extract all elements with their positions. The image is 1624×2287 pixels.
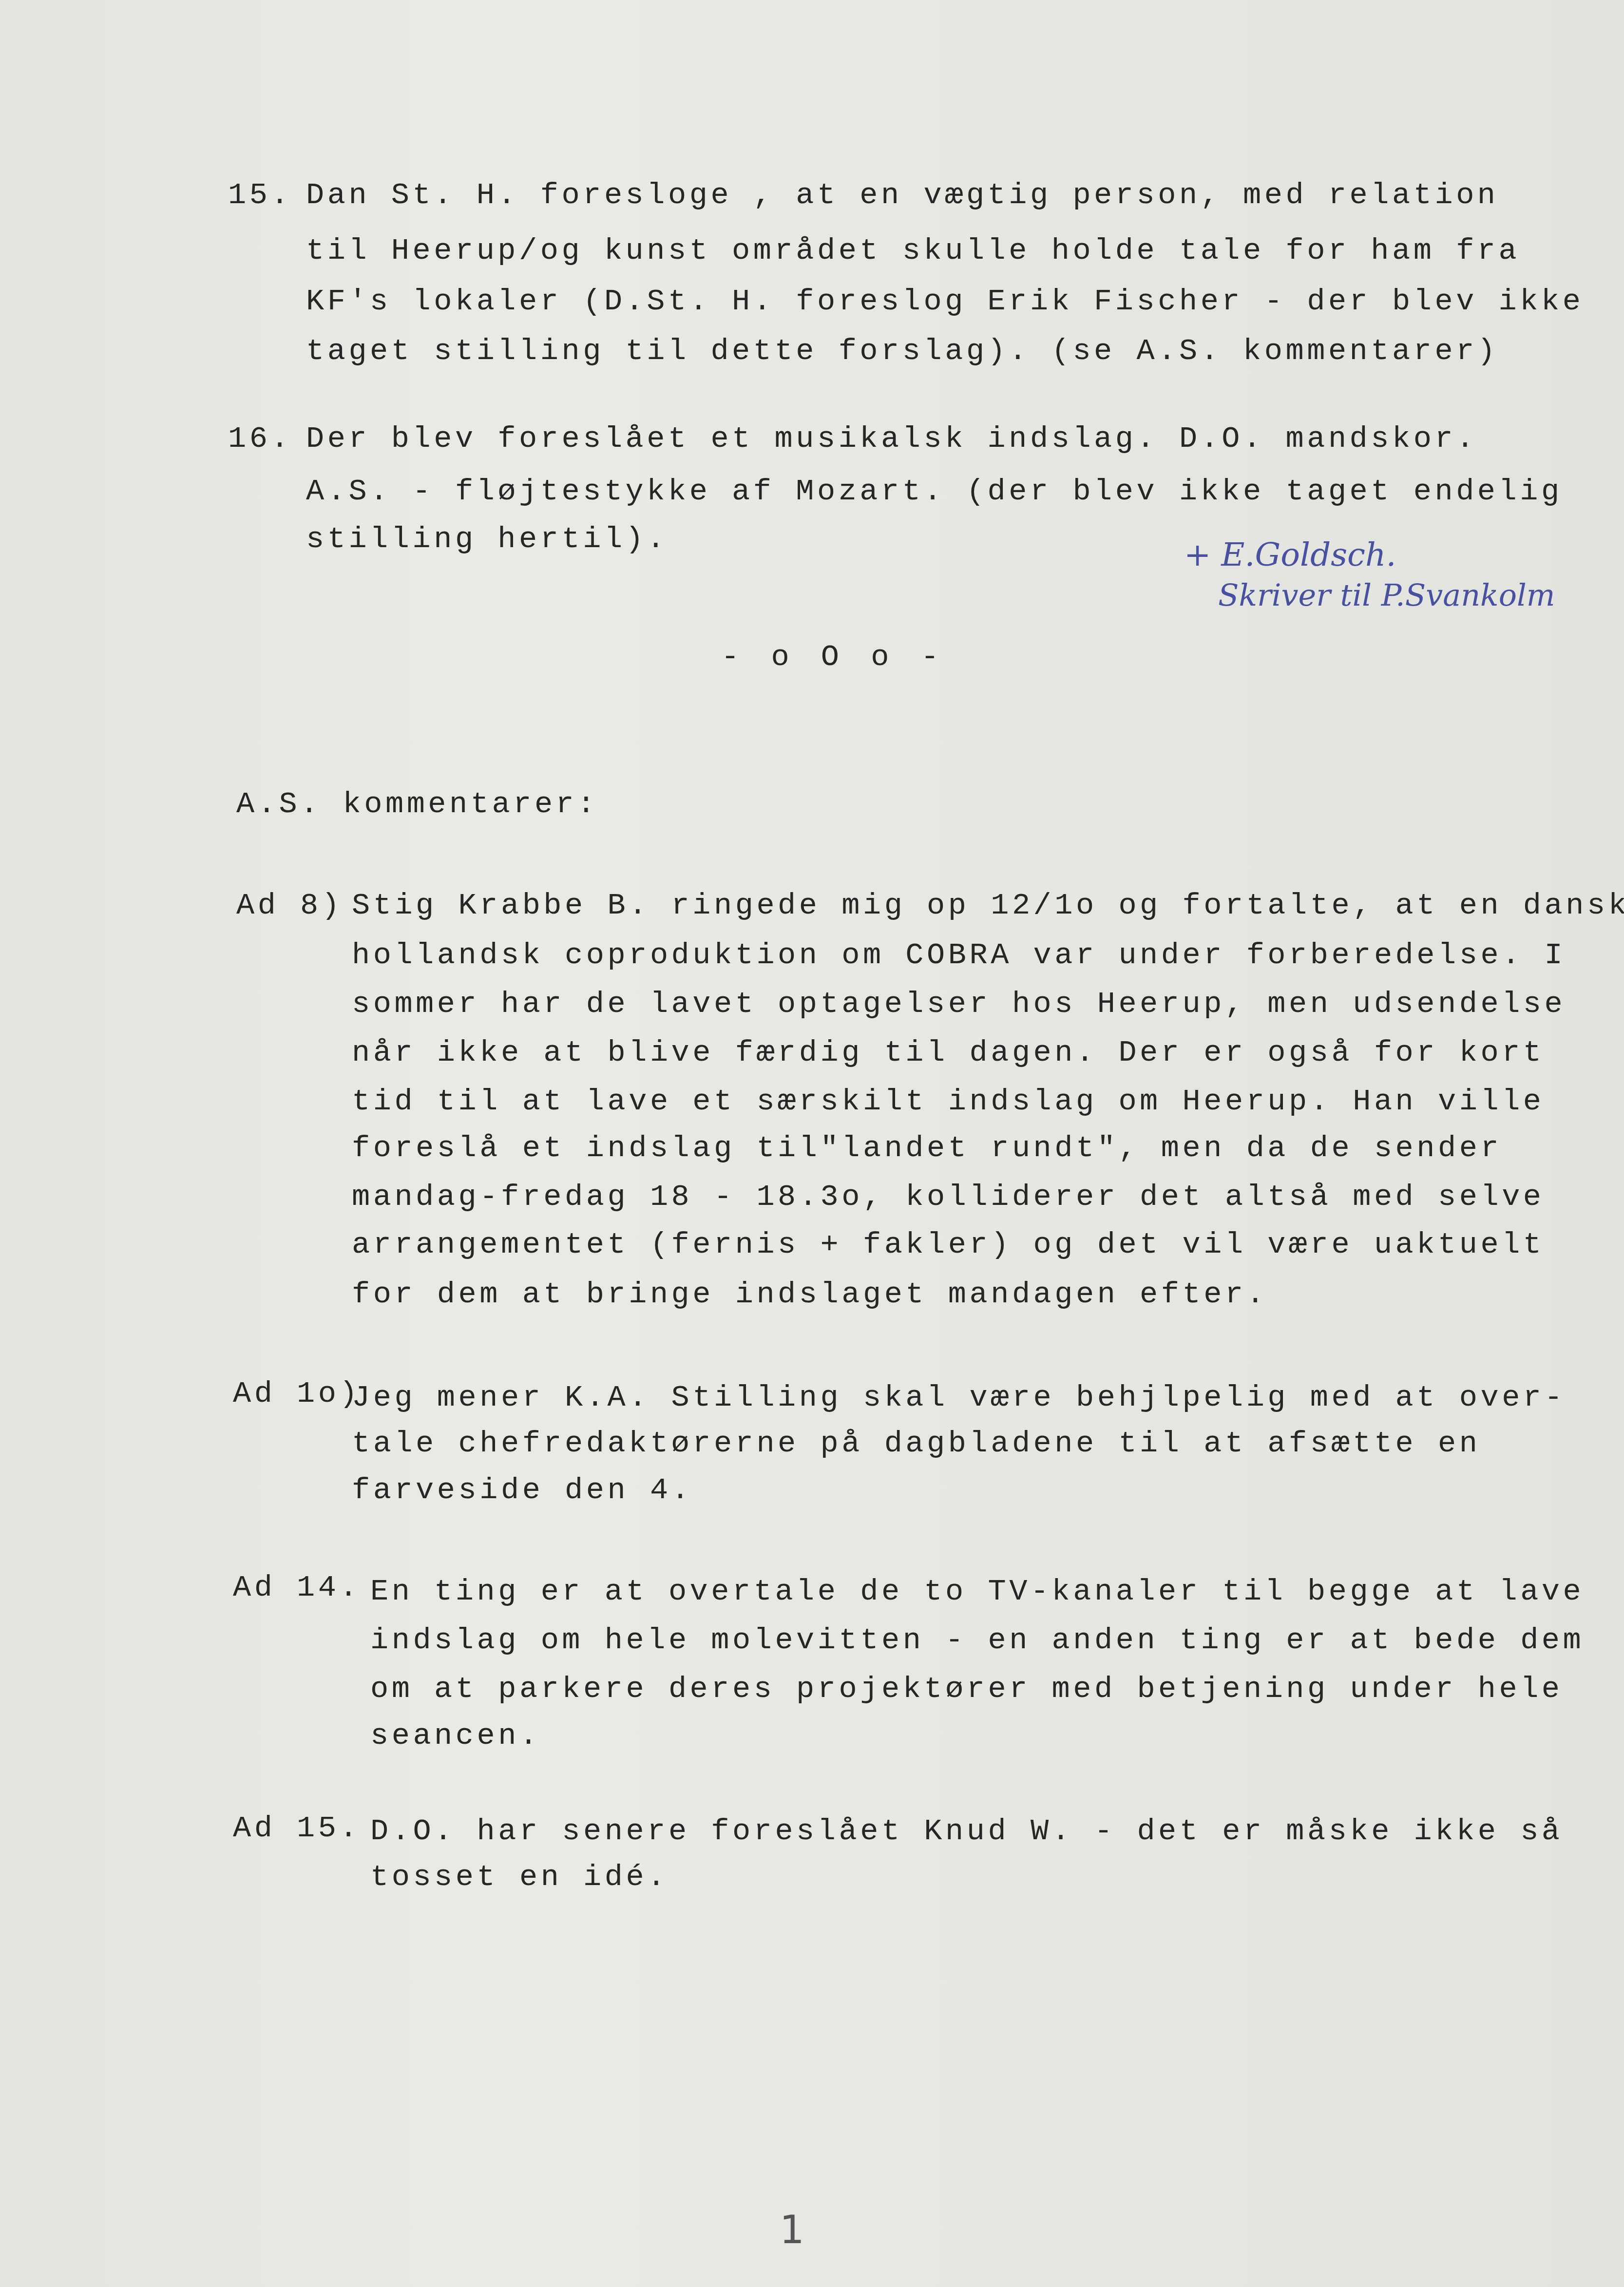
comment-line: farveside den 4.: [352, 1475, 692, 1506]
comment-line: tosset en idé.: [370, 1862, 669, 1892]
comment-line: tale chefredaktørerne på dagbladene til …: [352, 1429, 1480, 1459]
comment-line: foreslå et indslag til"landet rundt", me…: [352, 1133, 1502, 1163]
comment-line: hollandsk coproduktion om COBRA var unde…: [352, 940, 1566, 971]
item-line: Der blev foreslået et musikalsk indslag.…: [306, 424, 1477, 454]
comment-label: Ad 1o): [233, 1379, 361, 1409]
comment-line: mandag-fredag 18 - 18.3o, kolliderer det…: [352, 1182, 1545, 1212]
comment-label: Ad 8): [236, 891, 343, 921]
item-number: 15.: [228, 180, 292, 210]
comment-line: Jeg mener K.A. Stilling skal være behjlp…: [352, 1383, 1566, 1413]
comment-line: Stig Krabbe B. ringede mig op 12/1o og f…: [352, 891, 1624, 921]
comment-line: D.O. har senere foreslået Knud W. - det …: [370, 1816, 1563, 1847]
item-line: taget stilling til dette forslag). (se A…: [306, 336, 1499, 366]
comment-line: arrangementet (fernis + fakler) og det v…: [352, 1230, 1545, 1260]
item-number: 16.: [228, 424, 292, 454]
comment-label: Ad 15.: [233, 1813, 361, 1844]
item-line: A.S. - fløjtestykke af Mozart. (der blev…: [306, 476, 1563, 507]
comment-line: om at parkere deres projektører med betj…: [370, 1674, 1563, 1704]
comment-line: når ikke at blive færdig til dagen. Der …: [352, 1038, 1545, 1068]
item-line: stilling hertil).: [306, 524, 668, 554]
comment-line: tid til at lave et særskilt indslag om H…: [352, 1086, 1545, 1117]
comment-label: Ad 14.: [233, 1573, 361, 1603]
comment-line: En ting er at overtale de to TV-kanaler …: [370, 1577, 1584, 1607]
comment-line: sommer har de lavet optagelser hos Heeru…: [352, 989, 1566, 1019]
comments-heading: A.S. kommentarer:: [236, 789, 598, 820]
handwritten-line: + E.Goldsch.: [1184, 536, 1396, 573]
comment-line: indslag om hele molevitten - en anden ti…: [370, 1625, 1584, 1656]
document-page: 15. Dan St. H. foresloge , at en vægtig …: [0, 0, 1624, 2287]
comment-line: seancen.: [370, 1721, 541, 1751]
item-line: Dan St. H. foresloge , at en vægtig pers…: [306, 180, 1499, 210]
handwritten-line: Skriver til P.Svankolm: [1218, 577, 1555, 613]
section-separator: - o O o -: [721, 642, 946, 672]
item-line: KF's lokaler (D.St. H. foreslog Erik Fis…: [306, 286, 1584, 317]
comment-line: for dem at bringe indslaget mandagen eft…: [352, 1279, 1267, 1310]
page-number: 1: [780, 2207, 804, 2252]
item-line: til Heerup/og kunst området skulle holde…: [306, 236, 1520, 266]
